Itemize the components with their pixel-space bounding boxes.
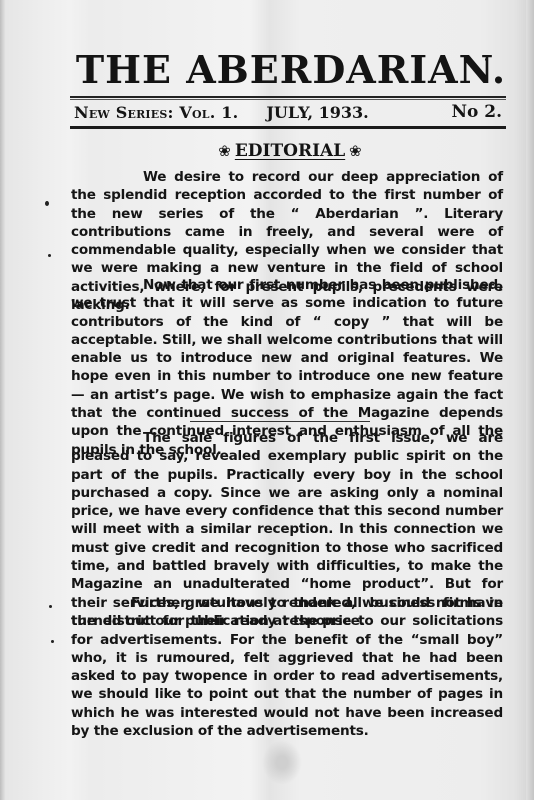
section-divider bbox=[190, 421, 370, 423]
scanned-page: THE ABERDARIAN. New Series: Vol. 1. JULY… bbox=[0, 0, 534, 800]
paragraph-text: Further, we have to thank all business f… bbox=[71, 594, 503, 740]
issue-date: JULY, 1933. bbox=[266, 103, 368, 122]
leaf-ornament-left-icon: ❀ bbox=[218, 142, 231, 160]
editorial-heading: ❀ EDITORIAL ❀ bbox=[60, 138, 520, 164]
page-edge-left bbox=[0, 0, 5, 800]
page-edge-right bbox=[526, 0, 534, 800]
masthead-rule-top bbox=[70, 96, 506, 98]
ink-speck bbox=[51, 640, 54, 643]
ink-speck bbox=[49, 605, 52, 608]
masthead-title: THE ABERDARIAN. bbox=[66, 46, 516, 94]
issue-number: No 2. bbox=[451, 102, 502, 122]
ink-speck bbox=[48, 254, 51, 257]
editorial-heading-text: EDITORIAL bbox=[235, 141, 345, 161]
editorial-paragraph-4: Further, we have to thank all business f… bbox=[71, 594, 503, 740]
issue-line: New Series: Vol. 1. JULY, 1933. No 2. bbox=[74, 101, 502, 123]
paper-stain bbox=[262, 740, 302, 785]
leaf-ornament-right-icon: ❀ bbox=[349, 142, 362, 160]
issue-left: New Series: Vol. 1. JULY, 1933. bbox=[74, 103, 369, 122]
masthead-rule-top-thin bbox=[70, 99, 506, 100]
ink-speck bbox=[45, 201, 49, 206]
masthead-rule-bottom bbox=[70, 126, 506, 129]
series-volume: New Series: Vol. 1. bbox=[74, 103, 238, 122]
